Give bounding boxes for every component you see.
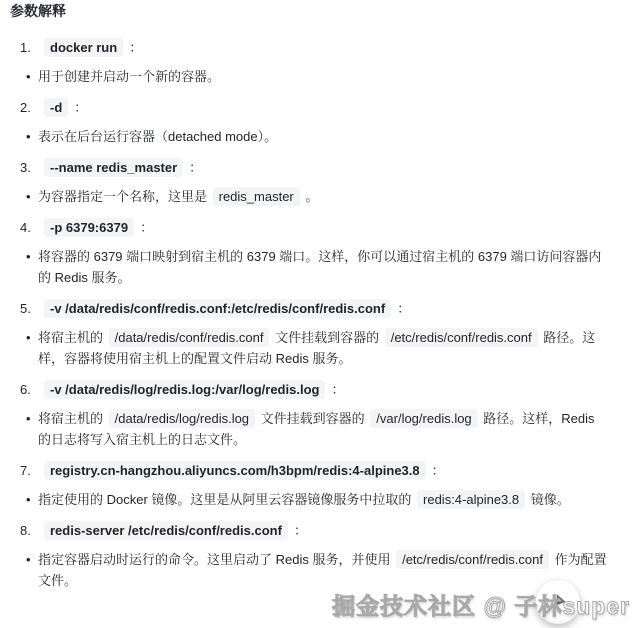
item-head: 5.-v /data/redis/conf/redis.conf:/etc/re… [0, 298, 635, 319]
text-segment: 为容器指定一个名称，这里是 [38, 189, 211, 204]
item-separator: ： [140, 220, 153, 235]
text-segment: 将容器的 6379 端口映射到宿主机的 6379 端口。这样，你可以通过宿主机的… [38, 249, 601, 285]
bullet-dot: • [26, 126, 31, 147]
section-title: 参数解释 [10, 2, 635, 20]
list-item: 6.-v /data/redis/log/redis.log:/var/log/… [0, 379, 635, 450]
bullet-text: 为容器指定一个名称，这里是 redis_master 。 [38, 186, 610, 207]
watermark-text: 掘金技术社区 @ 子林super [332, 593, 630, 619]
bullet-item: •表示在后台运行容器（detached mode）。 [0, 126, 635, 147]
list-item: 2.-d：•表示在后台运行容器（detached mode）。 [0, 97, 635, 147]
inline-code: -d [44, 98, 68, 117]
item-separator: ： [74, 100, 87, 115]
bullet-dot: • [26, 327, 31, 348]
list-item: 3.--name redis_master：•为容器指定一个名称，这里是 red… [0, 157, 635, 207]
item-number: 5. [20, 298, 44, 319]
bullet-item: •用于创建并启动一个新的容器。 [0, 66, 635, 87]
article-page: 参数解释 1.docker run：•用于创建并启动一个新的容器。2.-d：•表… [0, 2, 635, 628]
list-item: 7.registry.cn-hangzhou.aliyuncs.com/h3bp… [0, 460, 635, 510]
bullet-item: •将宿主机的 /data/redis/conf/redis.conf 文件挂载到… [0, 327, 635, 369]
item-head: 4.-p 6379:6379： [0, 217, 635, 238]
inline-code: docker run [44, 38, 123, 57]
text-segment: 指定容器启动时运行的命令。这里启动了 Redis 服务，并使用 [38, 552, 394, 567]
bullet-dot: • [26, 246, 31, 267]
bullet-text: 将宿主机的 /data/redis/log/redis.log 文件挂载到容器的… [38, 408, 610, 450]
text-segment: 将宿主机的 [38, 330, 107, 345]
inline-code: -p 6379:6379 [44, 218, 134, 237]
item-number: 1. [20, 37, 44, 58]
item-head: 8.redis-server /etc/redis/conf/redis.con… [0, 520, 635, 541]
bullet-dot: • [26, 186, 31, 207]
inline-code: redis:4-alpine3.8 [417, 490, 525, 509]
item-separator: ： [432, 463, 445, 478]
inline-code: /var/log/redis.log [370, 409, 477, 428]
inline-code: /etc/redis/conf/redis.conf [385, 328, 538, 347]
bullet-item: •为容器指定一个名称，这里是 redis_master 。 [0, 186, 635, 207]
parameter-list: 1.docker run：•用于创建并启动一个新的容器。2.-d：•表示在后台运… [0, 37, 635, 591]
item-head: 6.-v /data/redis/log/redis.log:/var/log/… [0, 379, 635, 400]
item-number: 3. [20, 157, 44, 178]
inline-code: /data/redis/conf/redis.conf [109, 328, 270, 347]
item-separator: ： [129, 40, 142, 55]
text-segment: 镜像。 [527, 492, 570, 507]
item-number: 2. [20, 97, 44, 118]
bullet-dot: • [26, 549, 31, 570]
bullet-dot: • [26, 408, 31, 429]
text-segment: 。 [302, 189, 319, 204]
item-separator: ： [331, 382, 344, 397]
inline-code: /etc/redis/conf/redis.conf [396, 550, 549, 569]
item-number: 4. [20, 217, 44, 238]
inline-code: /data/redis/log/redis.log [109, 409, 255, 428]
text-segment: 指定使用的 Docker 镜像。这里是从阿里云容器镜像服务中拉取的 [38, 492, 415, 507]
bullet-text: 指定使用的 Docker 镜像。这里是从阿里云容器镜像服务中拉取的 redis:… [38, 489, 610, 510]
inline-code: --name redis_master [44, 158, 183, 177]
bullet-text: 将容器的 6379 端口映射到宿主机的 6379 端口。这样，你可以通过宿主机的… [38, 246, 610, 288]
cursor-icon [553, 592, 566, 605]
list-item: 4.-p 6379:6379：•将容器的 6379 端口映射到宿主机的 6379… [0, 217, 635, 288]
item-head: 2.-d： [0, 97, 635, 118]
bullet-dot: • [26, 489, 31, 510]
text-segment: 用于创建并启动一个新的容器。 [38, 69, 220, 84]
item-number: 8. [20, 520, 44, 541]
text-segment: 将宿主机的 [38, 411, 107, 426]
bullet-item: •将宿主机的 /data/redis/log/redis.log 文件挂载到容器… [0, 408, 635, 450]
text-segment: 表示在后台运行容器（detached mode）。 [38, 129, 277, 144]
bullet-text: 表示在后台运行容器（detached mode）。 [38, 126, 610, 147]
list-item: 8.redis-server /etc/redis/conf/redis.con… [0, 520, 635, 591]
item-separator: ： [397, 301, 410, 316]
inline-code: registry.cn-hangzhou.aliyuncs.com/h3bpm/… [44, 461, 426, 480]
bullet-text: 指定容器启动时运行的命令。这里启动了 Redis 服务，并使用 /etc/red… [38, 549, 610, 591]
item-head: 1.docker run： [0, 37, 635, 58]
watermark: 掘金技术社区 @ 子林super [332, 588, 630, 621]
inline-code: redis_master [213, 187, 300, 206]
inline-code: -v /data/redis/conf/redis.conf:/etc/redi… [44, 299, 391, 318]
bullet-text: 用于创建并启动一个新的容器。 [38, 66, 610, 87]
bullet-item: •指定容器启动时运行的命令。这里启动了 Redis 服务，并使用 /etc/re… [0, 549, 635, 591]
item-number: 7. [20, 460, 44, 481]
bullet-item: •将容器的 6379 端口映射到宿主机的 6379 端口。这样，你可以通过宿主机… [0, 246, 635, 288]
item-head: 7.registry.cn-hangzhou.aliyuncs.com/h3bp… [0, 460, 635, 481]
list-item: 5.-v /data/redis/conf/redis.conf:/etc/re… [0, 298, 635, 369]
list-item: 1.docker run：•用于创建并启动一个新的容器。 [0, 37, 635, 87]
inline-code: -v /data/redis/log/redis.log:/var/log/re… [44, 380, 325, 399]
bullet-item: •指定使用的 Docker 镜像。这里是从阿里云容器镜像服务中拉取的 redis… [0, 489, 635, 510]
bullet-text: 将宿主机的 /data/redis/conf/redis.conf 文件挂载到容… [38, 327, 610, 369]
inline-code: redis-server /etc/redis/conf/redis.conf [44, 521, 288, 540]
text-segment: 文件挂载到容器的 [257, 411, 368, 426]
item-number: 6. [20, 379, 44, 400]
bullet-dot: • [26, 66, 31, 87]
text-segment: 文件挂载到容器的 [271, 330, 382, 345]
item-head: 3.--name redis_master： [0, 157, 635, 178]
item-separator: ： [189, 160, 202, 175]
item-separator: ： [294, 523, 307, 538]
